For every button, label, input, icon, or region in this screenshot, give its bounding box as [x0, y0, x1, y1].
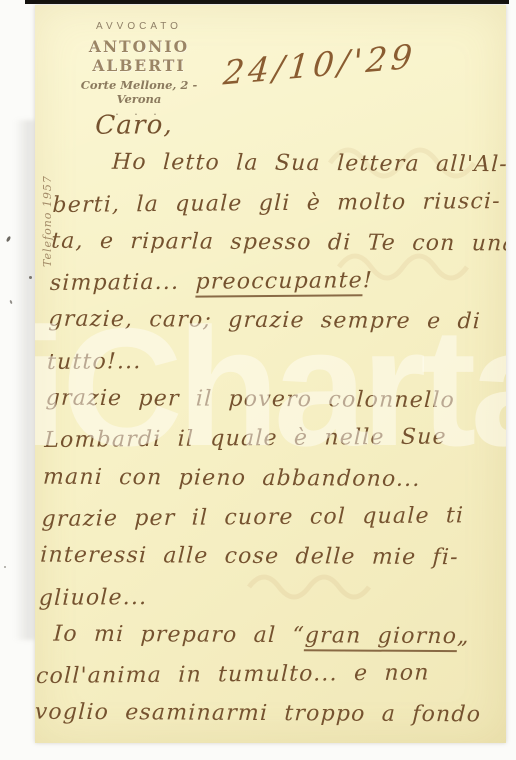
letter-line: Ho letto la Sua lettera all'Al- — [111, 143, 503, 185]
underlined-word: gran giorno — [304, 623, 457, 652]
letter-line: interessi alle cose delle mie fi- — [39, 536, 489, 578]
scan-speck — [4, 566, 6, 568]
letter-line: gliuole... — [38, 575, 487, 618]
letter-line-text: simpatia... — [49, 270, 195, 296]
letter-line: mani con pieno abbandono... — [42, 457, 492, 499]
letter-line-text: „ — [457, 624, 471, 649]
underlined-word: preoccupante — [195, 268, 363, 297]
letter-line: grazie per il cuore col quale ti — [41, 496, 490, 539]
letter-line: Lombardi il quale è nelle Sue — [44, 417, 493, 460]
letter-line-text: Io mi preparo al “ — [53, 622, 305, 649]
letter-paper: AVVOCATO ANTONIO ALBERTI Corte Mellone, … — [35, 5, 506, 743]
scan-speck — [29, 276, 32, 279]
letter-body: Caro, Ho letto la Sua lettera all'Al- be… — [35, 105, 504, 734]
scan-top-edge — [25, 0, 509, 4]
letterhead-profession: AVVOCATO — [63, 21, 215, 32]
letterhead-name: ANTONIO ALBERTI — [63, 37, 215, 75]
scan-edge-shadow — [14, 120, 36, 640]
scanned-letter: AVVOCATO ANTONIO ALBERTI Corte Mellone, … — [0, 0, 516, 760]
letter-line: simpatia... preoccupante! — [49, 260, 498, 303]
letter-salutation: Caro, — [95, 103, 504, 146]
letter-line: tutto!... — [46, 339, 495, 382]
letter-line: Io mi preparo al “gran giorno„ — [53, 615, 487, 657]
letter-line: voglio esaminarmi troppo a fondo — [35, 693, 483, 735]
letter-line: grazie, caro; grazie sempre e di — [48, 300, 498, 342]
letter-line: grazie per il povero colonnello — [45, 379, 495, 421]
letter-line-text: ! — [363, 268, 374, 293]
letter-line: berti, la quale gli è molto riusci- — [52, 182, 501, 225]
letterhead-address: Corte Mellone, 2 - Verona — [63, 78, 215, 106]
letter-line: coll'anima in tumulto... e non — [36, 653, 485, 696]
letter-line: ta, e riparla spesso di Te con una — [50, 222, 500, 264]
handwritten-date: 24/10/'29 — [222, 36, 418, 92]
scan-speck — [9, 300, 12, 304]
scan-speck — [6, 236, 12, 243]
